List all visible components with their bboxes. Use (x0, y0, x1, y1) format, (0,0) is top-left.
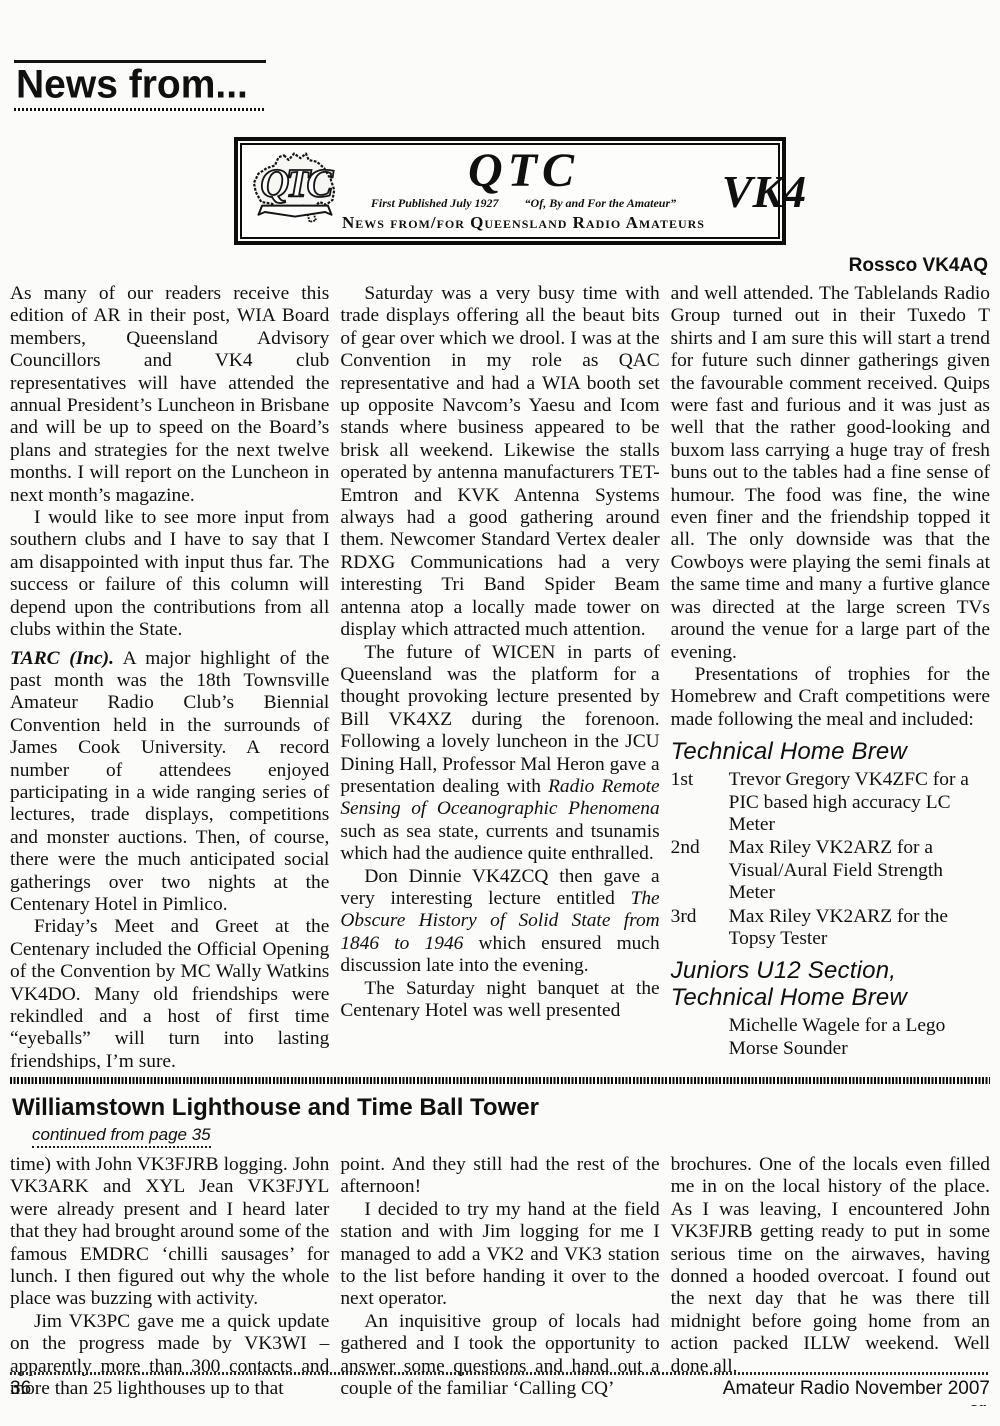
qtc-banner-inner: QTC QTC First Published July 1927“Of, By… (240, 143, 780, 239)
column-1: As many of our readers receive this edit… (10, 283, 329, 1069)
paragraph: TARC (Inc). A major highlight of the pas… (10, 648, 329, 917)
banner-callsign: VK4 (705, 165, 823, 218)
header-rule-bottom (14, 108, 266, 111)
inline-bold-italic: TARC (Inc). (10, 648, 114, 669)
award-subheading: Technical Home Brew (671, 738, 990, 765)
svg-text:QTC: QTC (260, 160, 334, 205)
page-number: 36 (10, 1378, 31, 1400)
banner-center: QTC First Published July 1927“Of, By and… (342, 149, 705, 233)
paragraph: Presentations of trophies for the Homebr… (671, 664, 990, 731)
footer-rule (10, 1372, 990, 1375)
inline-italic: The Obscure History of Solid State from … (340, 888, 659, 954)
award-rank: 2nd (671, 837, 729, 904)
qtc-australia-logo-icon: QTC (248, 149, 342, 233)
paragraph: Saturday was a very busy time with trade… (340, 283, 659, 642)
paragraph: brochures. One of the locals even filled… (671, 1154, 990, 1378)
award-rank (671, 1015, 729, 1060)
award-subheading: Juniors U12 Section, Technical Home Brew (671, 957, 990, 1011)
paragraph: and well attended. The Tablelands Radio … (671, 283, 990, 664)
award-entry: 3rdMax Riley VK2ARZ for the Topsy Tester (671, 906, 990, 951)
column-2: point. And they still had the rest of th… (340, 1154, 659, 1406)
award-entry: 1stTrevor Gregory VK4ZFC for a PIC based… (671, 769, 990, 836)
page-title: News from... (16, 64, 266, 107)
paragraph: I would like to see more input from sout… (10, 507, 329, 641)
award-description: Max Riley VK2ARZ for a Visual/Aural Fiel… (729, 837, 990, 904)
qtc-banner: QTC QTC First Published July 1927“Of, By… (234, 137, 786, 245)
award-description: Max Riley VK2ARZ for the Topsy Tester (729, 906, 990, 951)
paragraph: Don Dinnie VK4ZCQ then gave a very inter… (340, 866, 659, 978)
banner-motto: “Of, By and For the Amateur” (525, 196, 677, 210)
paragraph: I decided to try my hand at the field st… (340, 1199, 659, 1311)
continued-from-note: continued from page 35 (32, 1125, 211, 1148)
article-lighthouse-title: Williamstown Lighthouse and Time Ball To… (12, 1094, 990, 1122)
article-lighthouse-columns: time) with John VK3FJRB logging. John VK… (10, 1154, 990, 1406)
news-from-header: News from... (14, 60, 266, 111)
paragraph: Friday’s Meet and Greet at the Centenary… (10, 916, 329, 1069)
banner-title: QTC (342, 149, 705, 193)
award-entry: 2ndMax Riley VK2ARZ for a Visual/Aural F… (671, 837, 990, 904)
byline: Rossco VK4AQ (10, 255, 988, 277)
magazine-name-date: Amateur Radio November 2007 (723, 1378, 990, 1400)
banner-tagline: News from/for Queensland Radio Amateurs (342, 213, 705, 233)
column-3: brochures. One of the locals even filled… (671, 1154, 990, 1406)
article-qtc-columns: As many of our readers receive this edit… (10, 283, 990, 1069)
column-1: time) with John VK3FJRB logging. John VK… (10, 1154, 329, 1406)
paragraph: As many of our readers receive this edit… (10, 283, 329, 507)
inline-italic: Radio Remote Sensing of Oceanographic Ph… (340, 776, 659, 819)
paragraph: The Saturday night banquet at the Centen… (340, 978, 659, 1023)
paragraph: point. And they still had the rest of th… (340, 1154, 659, 1199)
banner-first-published: First Published July 1927 (371, 196, 499, 210)
award-entry: Michelle Wagele for a Lego Morse Sounder (671, 1015, 990, 1060)
section-divider (10, 1077, 990, 1084)
column-2: Saturday was a very busy time with trade… (340, 283, 659, 1069)
award-rank: 1st (671, 769, 729, 836)
page-footer: 36 Amateur Radio November 2007 (10, 1372, 990, 1400)
award-rank: 3rd (671, 906, 729, 951)
paragraph: time) with John VK3FJRB logging. John VK… (10, 1154, 329, 1311)
column-3: and well attended. The Tablelands Radio … (671, 283, 990, 1069)
paragraph: The future of WICEN in parts of Queensla… (340, 642, 659, 866)
banner-subtitle: First Published July 1927“Of, By and For… (342, 196, 705, 211)
award-description: Trevor Gregory VK4ZFC for a PIC based hi… (729, 769, 990, 836)
magazine-page: News from... QTC QTC First Published Jul… (0, 60, 1000, 1406)
award-description: Michelle Wagele for a Lego Morse Sounder (729, 1015, 990, 1060)
column-3-text: brochures. One of the locals even filled… (671, 1154, 990, 1378)
